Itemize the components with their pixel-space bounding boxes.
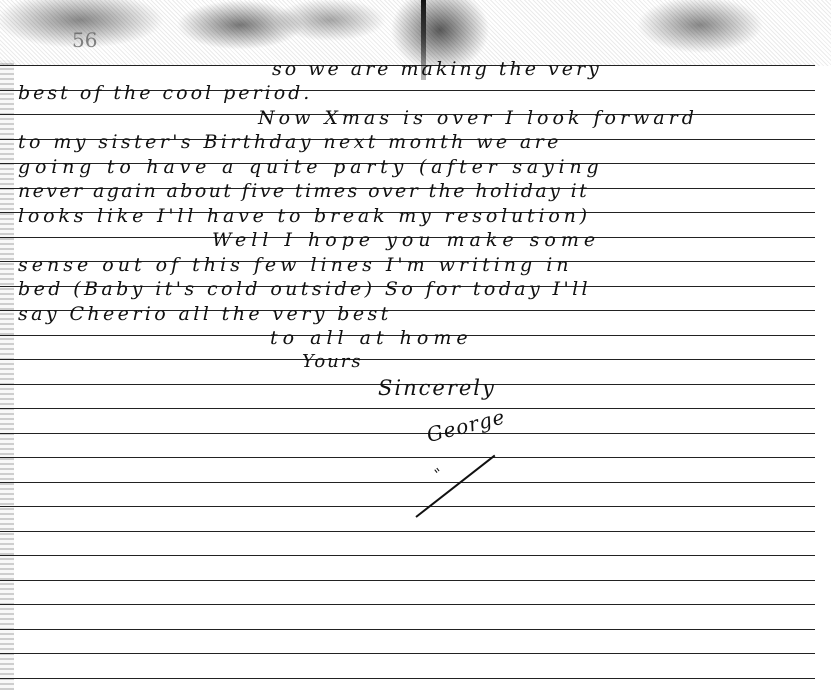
signature-mark: " [432, 464, 449, 482]
ruled-line [0, 482, 815, 483]
letter-line-2: best of the cool period. [18, 82, 312, 104]
ruled-line [0, 359, 815, 360]
signature-underline [415, 455, 495, 518]
letter-line-3: Now Xmas is over I look forward [258, 107, 698, 129]
closing-sincerely: Sincerely [378, 376, 496, 400]
letter-line-1: so we are making the very [272, 58, 602, 80]
letter-line-9: sense out of this few lines I'm writing … [18, 254, 573, 276]
letter-line-8: Well I hope you make some [212, 229, 600, 251]
letter-line-10: bed (Baby it's cold outside) So for toda… [18, 278, 591, 300]
page-number: 56 [72, 28, 97, 52]
ruled-line [0, 555, 815, 556]
ruled-line [0, 531, 815, 532]
letter-line-6: never again about five times over the ho… [18, 180, 589, 202]
paper-left-edge [0, 60, 14, 690]
ruled-line [0, 678, 815, 679]
letter-line-7: looks like I'll have to break my resolut… [18, 205, 591, 227]
letter-line-11: say Cheerio all the very best [18, 303, 392, 325]
letter-line-4: to my sister's Birthday next month we ar… [18, 131, 562, 153]
ruled-line [0, 604, 815, 605]
signature-george: George [424, 404, 507, 447]
ruled-line [0, 580, 815, 581]
letter-line-5: going to have a quite party (after sayin… [18, 156, 603, 178]
letter-page: 56 so we are making the very best of the… [0, 0, 831, 690]
closing-yours: Yours [302, 351, 363, 372]
ruled-line [0, 629, 815, 630]
ruled-line [0, 653, 815, 654]
ruled-line [0, 433, 815, 434]
ruled-line [0, 457, 815, 458]
scan-smudge [0, 0, 831, 66]
ruled-line [0, 408, 815, 409]
letter-line-12: to all at home [270, 327, 473, 349]
ruled-line [0, 506, 815, 507]
